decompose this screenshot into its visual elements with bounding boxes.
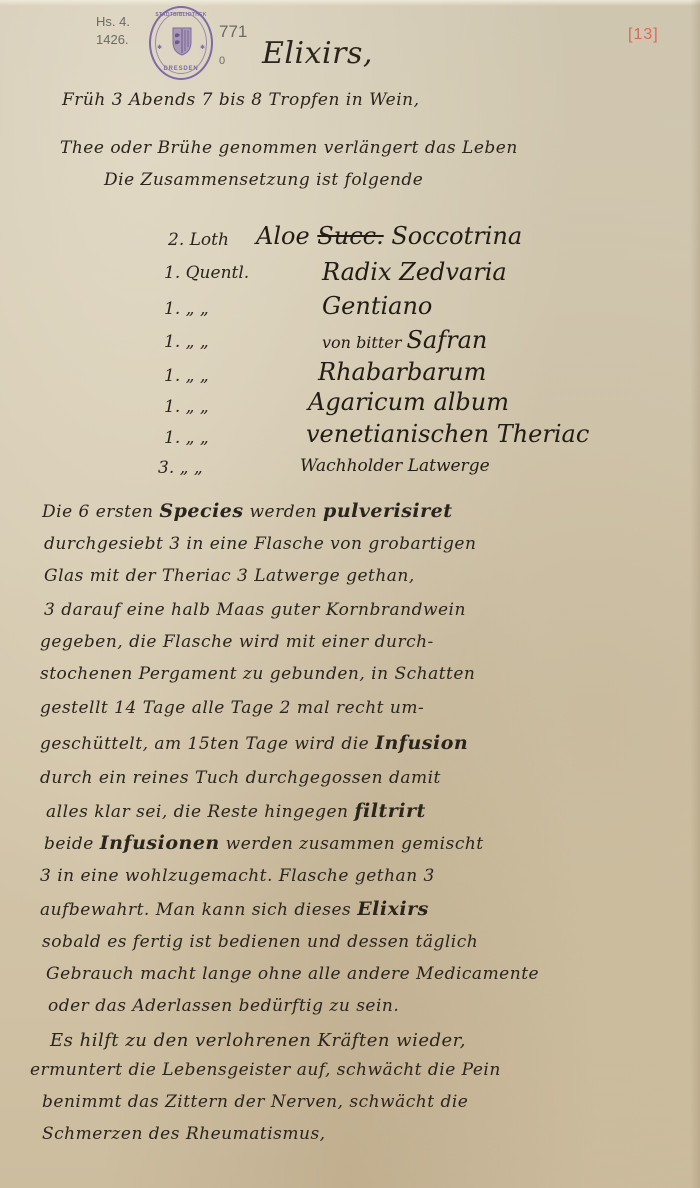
document-title: Elixirs, bbox=[262, 36, 373, 71]
body-line: stochenen Pergament zu gebunden, in Scha… bbox=[40, 664, 475, 684]
body-line: Gebrauch macht lange ohne alle andere Me… bbox=[46, 964, 539, 984]
stamp-star-icon: ✱ bbox=[200, 44, 205, 51]
ingredient-name: venetianischen Theriac bbox=[306, 420, 589, 448]
body-line: sobald es fertig ist bedienen und dessen… bbox=[42, 932, 478, 952]
body-line: aufbewahrt. Man kann sich dieses Elixirs bbox=[40, 898, 429, 920]
manuscript-page: Hs. 4. 1426. 771 0 STADTBIBLIOTHEK ✱ ✱ D… bbox=[0, 0, 700, 1188]
ingredient-qty: 1. „ „ bbox=[164, 332, 209, 352]
intro-line: Thee oder Brühe genommen verlängert das … bbox=[60, 138, 518, 158]
stamp-star-icon: ✱ bbox=[157, 44, 162, 51]
ingredient-qty: 1. Quentl. bbox=[164, 263, 249, 283]
body-line: Glas mit der Theriac 3 Latwerge gethan, bbox=[44, 566, 415, 586]
folio-number: [13] bbox=[628, 26, 659, 44]
ingredient-qty: 1. „ „ bbox=[164, 299, 209, 319]
pencil-number: 771 bbox=[219, 24, 247, 39]
body-line: gegeben, die Flasche wird mit einer durc… bbox=[40, 632, 434, 652]
ingredient-name: Agaricum album bbox=[308, 388, 509, 416]
body-line: oder das Aderlassen bedürftig zu sein. bbox=[48, 996, 399, 1016]
body-line: alles klar sei, die Reste hingegen filtr… bbox=[46, 800, 426, 822]
stamp-top-text: STADTBIBLIOTHEK bbox=[151, 12, 211, 18]
ingredient-qty: 1. „ „ bbox=[164, 428, 209, 448]
ingredient-qty: 2. Loth bbox=[168, 230, 229, 250]
ingredient-name: von bitter Safran bbox=[322, 326, 487, 354]
intro-line: Früh 3 Abends 7 bis 8 Tropfen in Wein, bbox=[62, 90, 420, 110]
stamp-bottom-text: DRESDEN bbox=[151, 66, 211, 72]
ingredient-name: Rhabarbarum bbox=[318, 358, 486, 386]
ingredient-name: Aloe Succ. Soccotrina bbox=[256, 222, 522, 250]
closing-line: ermuntert die Lebensgeister auf, schwäch… bbox=[30, 1060, 501, 1080]
coat-of-arms-icon bbox=[171, 26, 193, 56]
ingredient-qty: 1. „ „ bbox=[164, 366, 209, 386]
body-line: Die 6 ersten Species werden pulverisiret bbox=[42, 500, 453, 522]
body-line: geschüttelt, am 15ten Tage wird die Infu… bbox=[40, 732, 468, 754]
closing-line: Schmerzen des Rheumatismus, bbox=[42, 1124, 326, 1144]
closing-line: Es hilft zu den verlohrenen Kräften wied… bbox=[50, 1030, 466, 1051]
body-line: durchgesiebt 3 in eine Flasche von groba… bbox=[44, 534, 476, 554]
ingredient-qty: 1. „ „ bbox=[164, 397, 209, 417]
body-line: durch ein reines Tuch durchgegossen dami… bbox=[40, 768, 441, 788]
struck-word: Succ. bbox=[317, 222, 383, 250]
body-line: 3 in eine wohlzugemacht. Flasche gethan … bbox=[40, 866, 435, 886]
ingredient-name: Wachholder Latwerge bbox=[300, 456, 490, 476]
body-line: gestellt 14 Tage alle Tage 2 mal recht u… bbox=[40, 698, 424, 718]
ingredient-name: Gentiano bbox=[322, 292, 432, 320]
closing-line: benimmt das Zittern der Nerven, schwächt… bbox=[42, 1092, 468, 1112]
body-line: 3 darauf eine halb Maas guter Kornbrandw… bbox=[44, 600, 466, 620]
pencil-signature-line2: 1426. bbox=[96, 32, 129, 47]
library-stamp: STADTBIBLIOTHEK ✱ ✱ DRESDEN bbox=[149, 6, 213, 80]
ingredient-name: Radix Zedvaria bbox=[322, 258, 507, 286]
pencil-small-mark: 0 bbox=[219, 54, 225, 69]
pencil-signature-line1: Hs. 4. bbox=[96, 14, 130, 29]
body-line: beide Infusionen werden zusammen gemisch… bbox=[44, 832, 484, 854]
ingredient-qty: 3. „ „ bbox=[158, 458, 203, 478]
intro-line: Die Zusammensetzung ist folgende bbox=[104, 170, 423, 190]
